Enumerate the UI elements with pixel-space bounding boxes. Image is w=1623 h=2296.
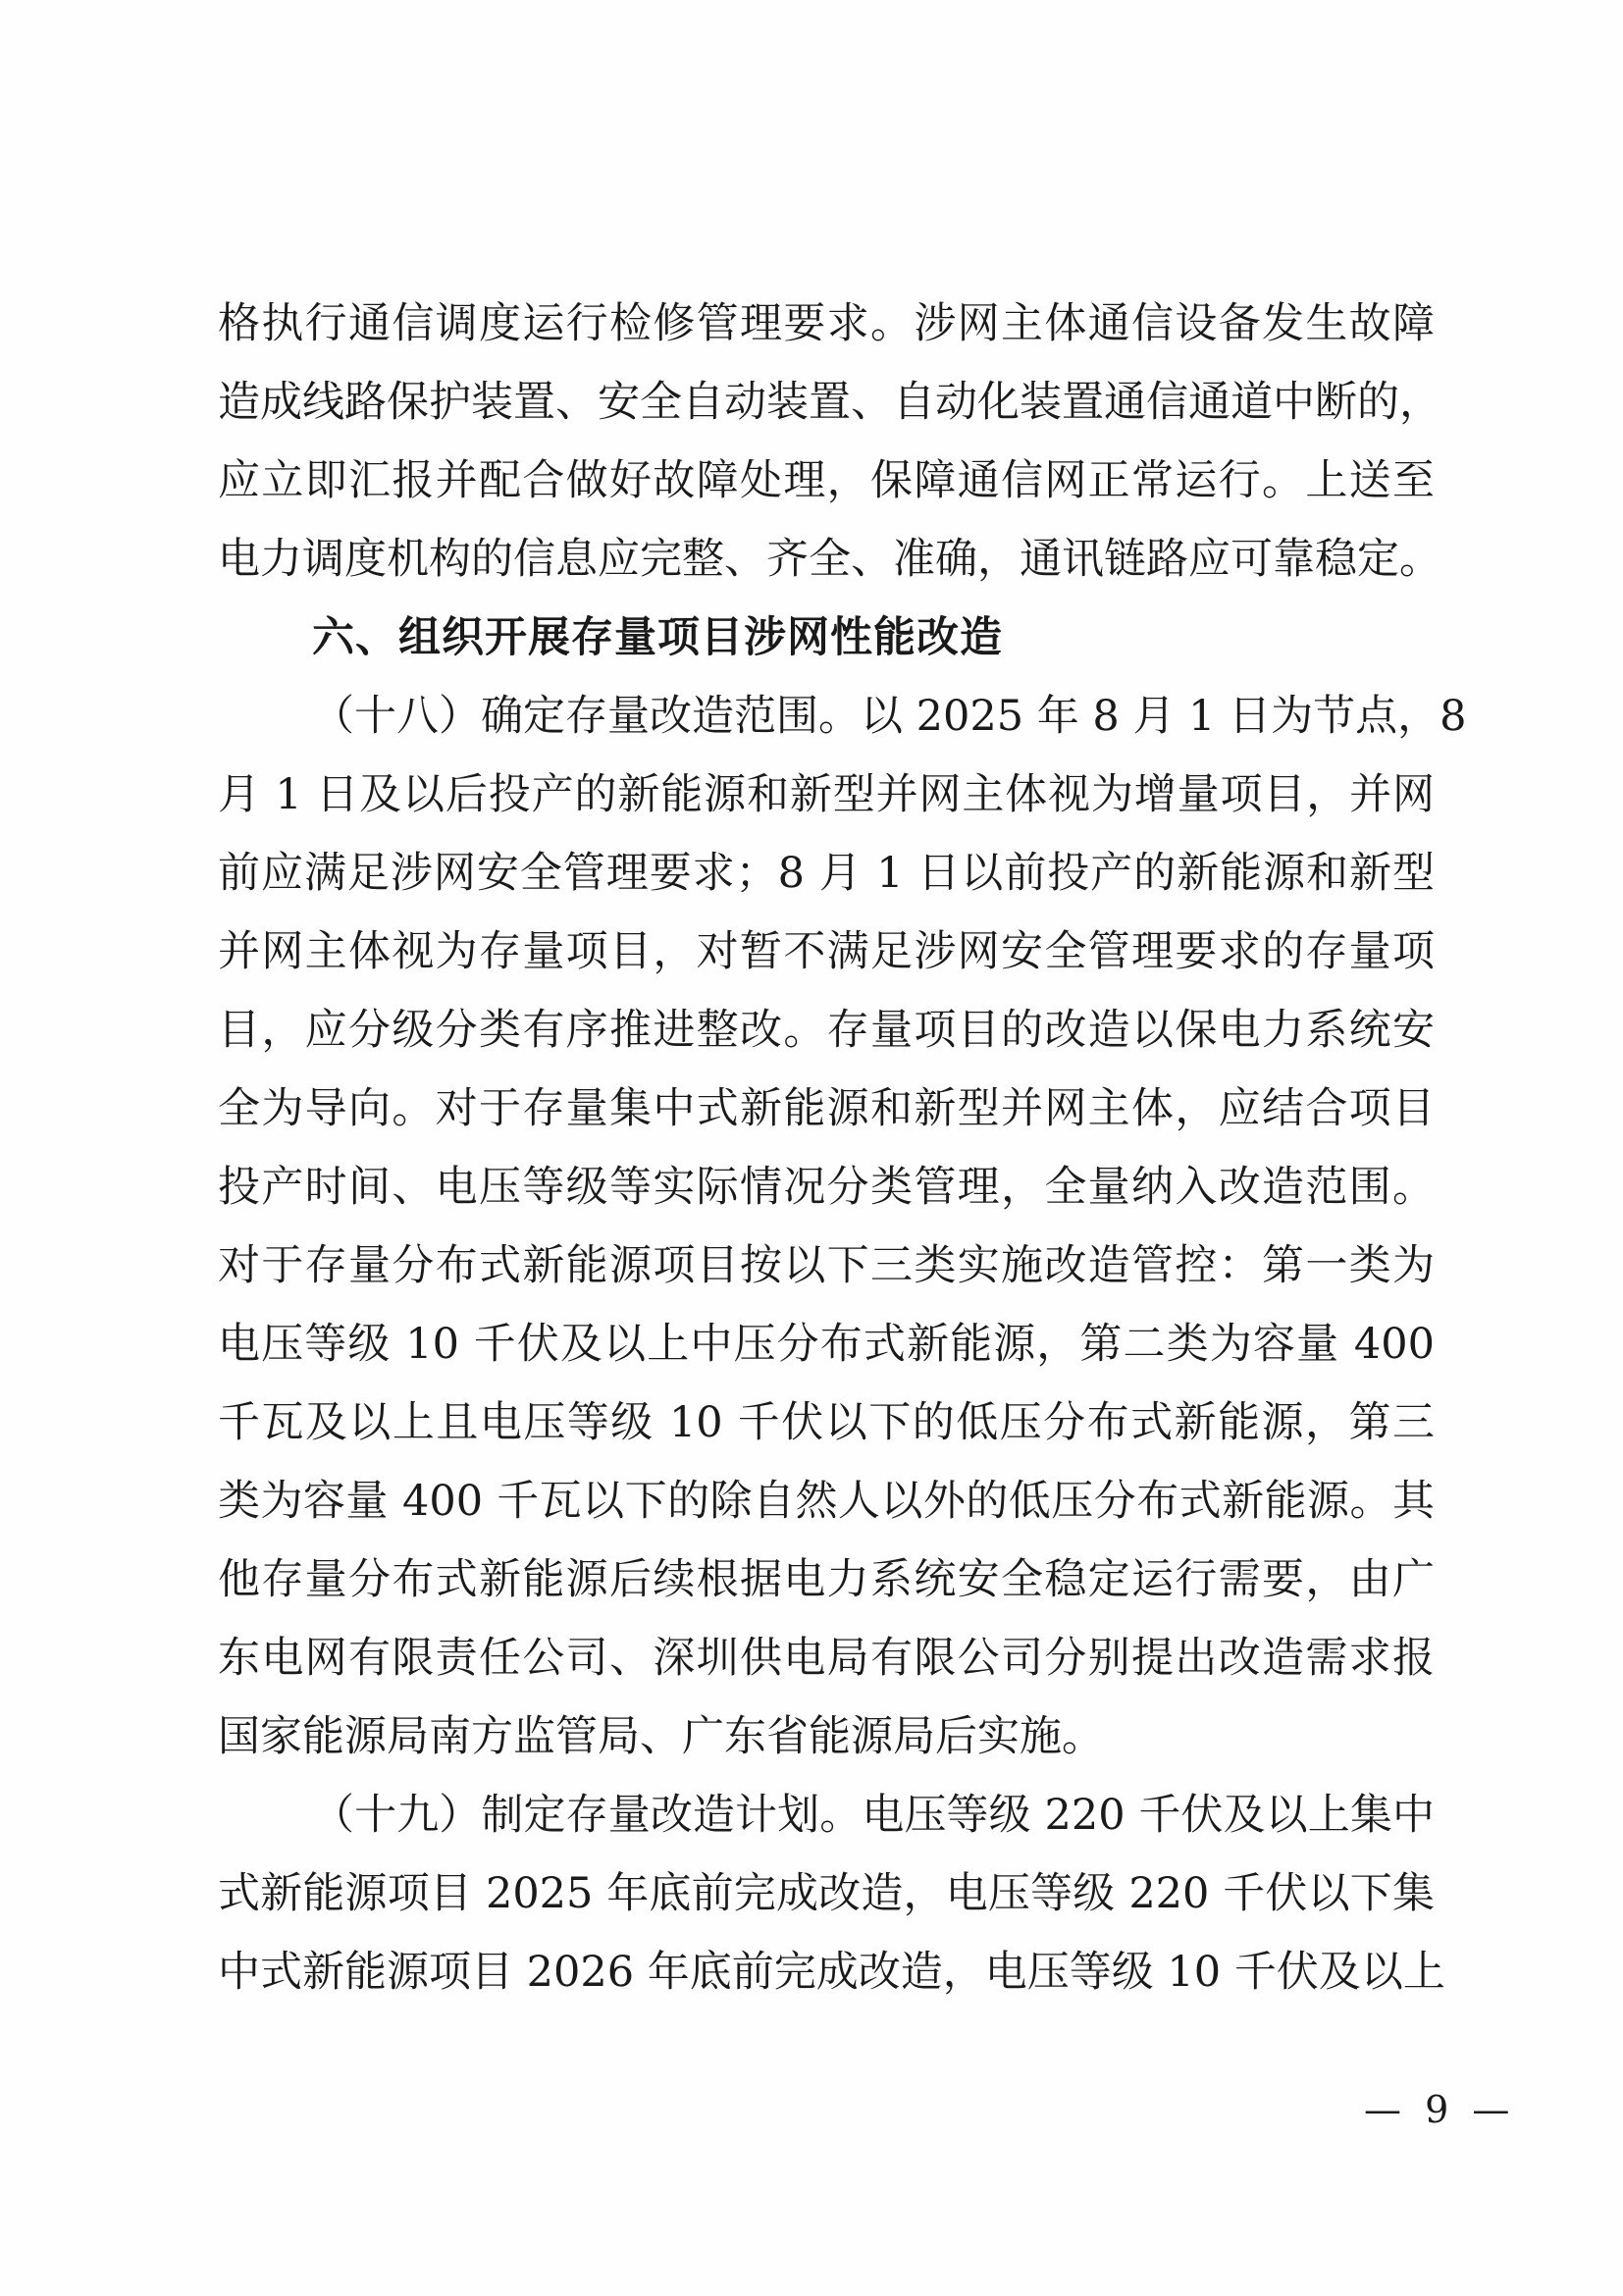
clause-18-line: 月 1 日及以后投产的新能源和新型并网主体视为增量项目，并网 <box>218 765 1435 824</box>
clause-18-line: 电压等级 10 千伏及以上中压分布式新能源，第二类为容量 400 <box>218 1315 1435 1374</box>
clause-18-line: 投产时间、电压等级等实际情况分类管理，全量纳入改造范围。 <box>218 1158 1435 1217</box>
clause-18-line: 类为容量 400 千瓦以下的除自然人以外的低压分布式新能源。其 <box>218 1472 1435 1531</box>
clause-19-line: 中式新能源项目 2026 年底前完成改造，电压等级 10 千伏及以上 <box>218 1943 1435 2002</box>
clause-18-line: 国家能源局南方监管局、广东省能源局后实施。 <box>218 1707 1435 1766</box>
paragraph-line: 电力调度机构的信息应完整、齐全、准确，通讯链路应可靠稳定。 <box>218 530 1435 589</box>
clause-18-line: 千瓦及以上且电压等级 10 千伏以下的低压分布式新能源，第三 <box>218 1393 1435 1452</box>
paragraph-line: 应立即汇报并配合做好故障处理，保障通信网正常运行。上送至 <box>218 451 1435 510</box>
clause-18-line: 全为导向。对于存量集中式新能源和新型并网主体，应结合项目 <box>218 1079 1435 1138</box>
section-heading: 六、组织开展存量项目涉网性能改造 <box>312 608 1003 667</box>
document-page: 格执行通信调度运行检修管理要求。涉网主体通信设备发生故障 造成线路保护装置、安全… <box>0 0 1623 2296</box>
clause-18-line: 并网主体视为存量项目，对暂不满足涉网安全管理要求的存量项 <box>218 922 1435 981</box>
clause-19-line: 式新能源项目 2025 年底前完成改造，电压等级 220 千伏以下集 <box>218 1864 1435 1923</box>
paragraph-line: 造成线路保护装置、安全自动装置、自动化装置通信通道中断的， <box>218 373 1435 432</box>
clause-18-line: （十八）确定存量改造范围。以 2025 年 8 月 1 日为节点，8 <box>312 687 1435 746</box>
clause-18-line: 他存量分布式新能源后续根据电力系统安全稳定运行需要，由广 <box>218 1550 1435 1609</box>
page-number: — 9 — <box>1364 2085 1515 2134</box>
clause-18-line: 目，应分级分类有序推进整改。存量项目的改造以保电力系统安 <box>218 1001 1435 1060</box>
paragraph-line: 格执行通信调度运行检修管理要求。涉网主体通信设备发生故障 <box>218 294 1435 353</box>
clause-19-line: （十九）制定存量改造计划。电压等级 220 千伏及以上集中 <box>312 1786 1435 1845</box>
clause-18-line: 对于存量分布式新能源项目按以下三类实施改造管控：第一类为 <box>218 1236 1435 1295</box>
clause-18-line: 前应满足涉网安全管理要求；8 月 1 日以前投产的新能源和新型 <box>218 844 1435 903</box>
clause-18-line: 东电网有限责任公司、深圳供电局有限公司分别提出改造需求报 <box>218 1629 1435 1688</box>
